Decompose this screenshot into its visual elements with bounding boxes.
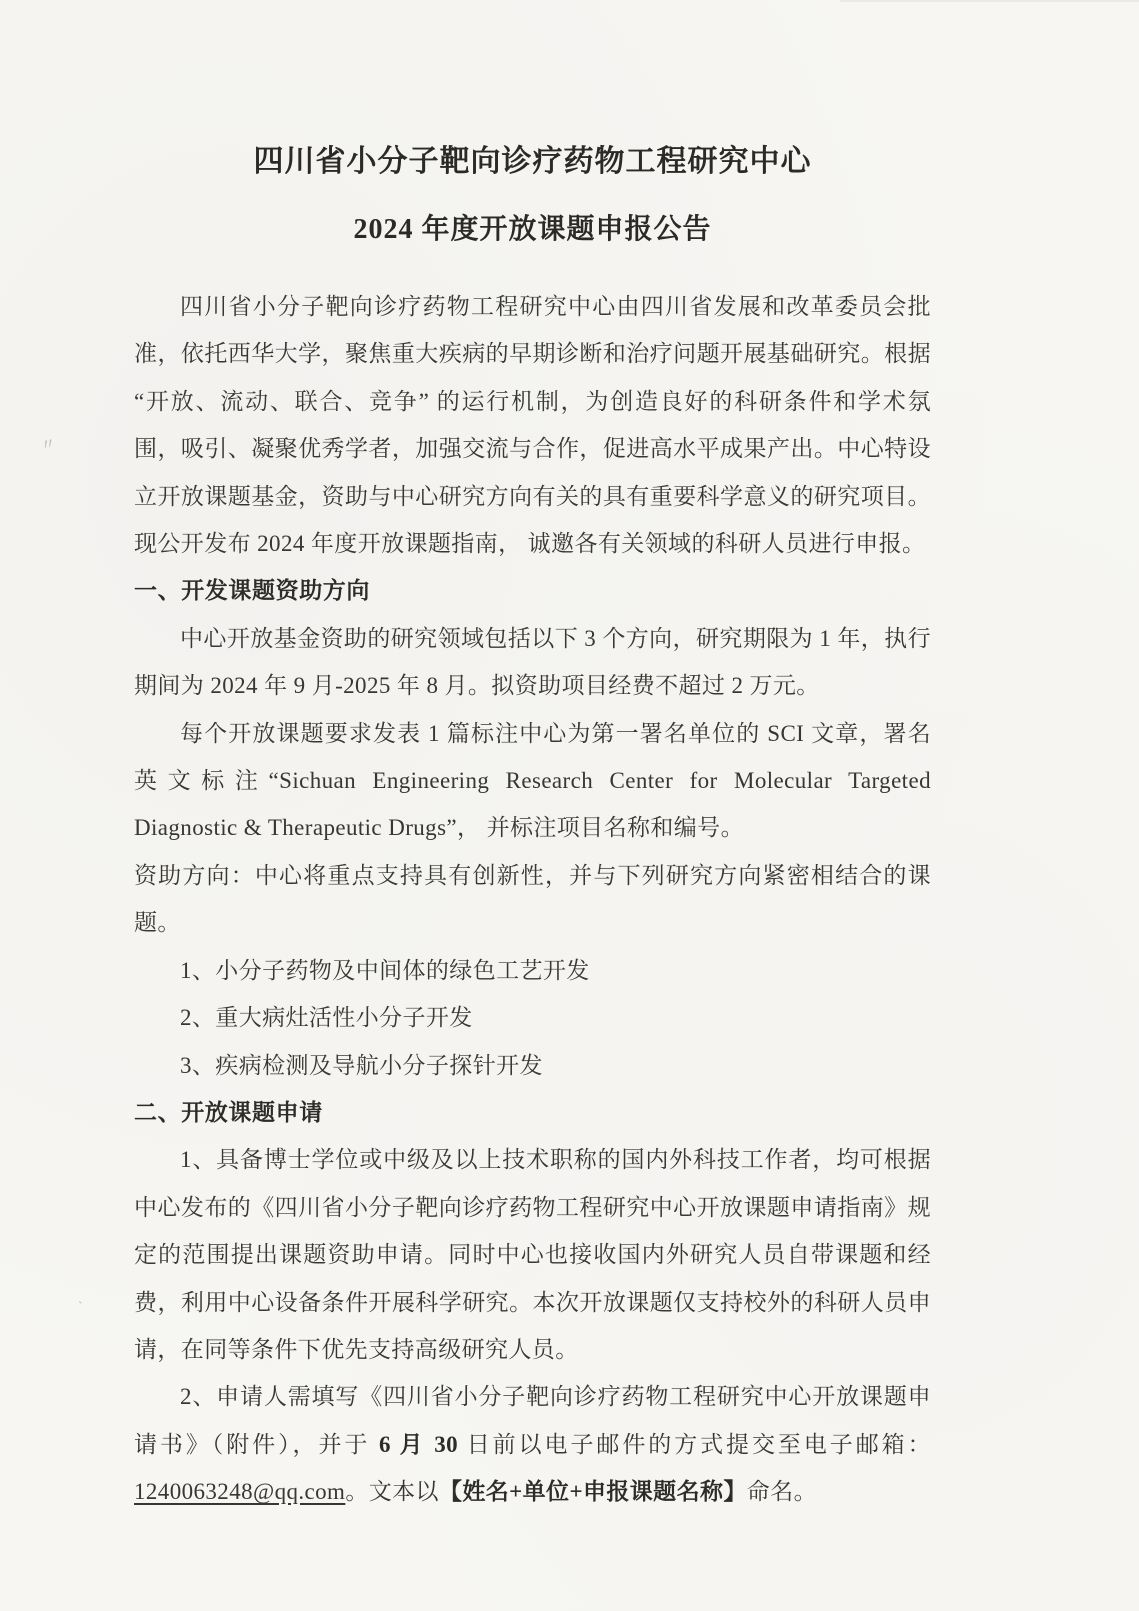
section1-heading: 一、开发课题资助方向 <box>134 567 931 614</box>
naming-convention: 【姓名+单位+申报课题名称】 <box>439 1479 747 1504</box>
application-text-suffix: 命名。 <box>747 1479 817 1504</box>
research-direction-item-3: 3、疾病检测及导航小分子探针开发 <box>134 1042 931 1089</box>
document-subtitle: 2024 年度开放课题申报公告 <box>134 207 931 247</box>
section2-paragraph-2: 2、申请人需填写《四川省小分子靶向诊疗药物工程研究中心开放课题申请书》（附件），… <box>134 1373 931 1515</box>
email-link[interactable]: 1240063248@qq.com <box>134 1479 345 1504</box>
research-direction-item-2: 2、重大病灶活性小分子开发 <box>134 994 931 1041</box>
deadline-date: 6 月 30 <box>379 1432 467 1457</box>
document-body: 四川省小分子靶向诊疗药物工程研究中心由四川省发展和改革委员会批准，依托西华大学，… <box>134 283 931 1516</box>
intro-paragraph: 四川省小分子靶向诊疗药物工程研究中心由四川省发展和改革委员会批准，依托西华大学，… <box>134 283 931 567</box>
scan-artifact: 〃 <box>38 431 58 457</box>
document-page: 〃 ` 四川省小分子靶向诊疗药物工程研究中心 2024 年度开放课题申报公告 四… <box>0 0 1139 1611</box>
section2-heading: 二、开放课题申请 <box>134 1089 931 1136</box>
application-text-after-email: 。文本以 <box>345 1479 439 1504</box>
section1-paragraph-2: 每个开放课题要求发表 1 篇标注中心为第一署名单位的 SCI 文章，署名英文标注… <box>134 710 931 852</box>
research-direction-item-1: 1、小分子药物及中间体的绿色工艺开发 <box>134 947 931 994</box>
scan-artifact: ` <box>78 1300 83 1316</box>
funding-direction-paragraph: 资助方向：中心将重点支持具有创新性，并与下列研究方向紧密相结合的课题。 <box>134 852 931 947</box>
application-text-mid: 日前以电子邮件的方式提交至电子邮箱： <box>467 1432 931 1457</box>
section1-paragraph-1: 中心开放基金资助的研究领域包括以下 3 个方向，研究期限为 1 年，执行期间为 … <box>134 615 931 710</box>
document-content: 四川省小分子靶向诊疗药物工程研究中心 2024 年度开放课题申报公告 四川省小分… <box>134 0 931 1516</box>
section2-paragraph-1: 1、具备博士学位或中级及以上技术职称的国内外科技工作者，均可根据中心发布的《四川… <box>134 1136 931 1373</box>
document-title: 四川省小分子靶向诊疗药物工程研究中心 <box>134 136 931 180</box>
